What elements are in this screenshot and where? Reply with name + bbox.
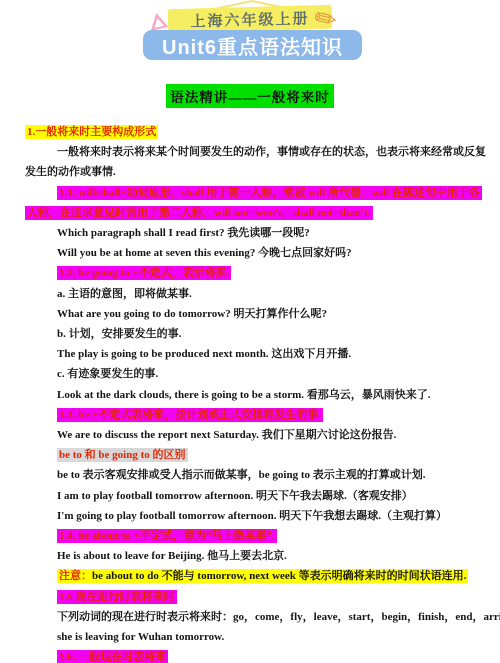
content-line-19: He is about to leave for Beijing. 他马上要去北… (25, 546, 487, 566)
content-line-10: c. 有迹象要发生的事. (25, 364, 487, 384)
content-area: 1.一般将来时主要构成形式一般将来时表示将来某个时间要发生的动作，事情或存在的状… (25, 122, 487, 663)
text-segment: she is leaving for Wuhan tomorrow. (57, 631, 224, 643)
content-line-3: Which paragraph shall I read first? 我先读哪… (25, 223, 487, 243)
grade-banner-label: 上海六年级上册 (190, 7, 310, 31)
title-banner-label: Unit6重点语法知识 (162, 31, 343, 60)
content-line-23: she is leaving for Wuhan tomorrow. (25, 627, 487, 647)
subtitle-highlight: 语法精讲——一般将来时 (166, 84, 334, 108)
content-line-21: 1.5 现在进行时表将来时 (25, 587, 487, 607)
text-segment: 注意： (57, 569, 92, 583)
text-segment: The play is going to be produced next mo… (57, 348, 351, 360)
content-line-6: a. 主语的意图，即将做某事. (25, 284, 487, 304)
text-segment: 1.1. will/shall+动词原形．shall 用于第一人称，常被 wil… (25, 186, 482, 220)
content-line-17: I'm going to play football tomorrow afte… (25, 506, 487, 526)
text-segment: 1.5 现在进行时表将来时 (57, 590, 177, 604)
grade-banner: 上海六年级上册 (168, 5, 333, 33)
content-line-24: 1.6. 一般现在时表将来 (25, 647, 487, 663)
text-segment: 下列动词的现在进行时表示将来时：go，come，fly，leave，start，… (57, 611, 500, 623)
content-line-20: 注意：be about to do 不能与 tomorrow, next wee… (25, 566, 487, 586)
content-line-8: b. 计划，安排要发生的事. (25, 324, 487, 344)
content-line-7: What are you going to do tomorrow? 明天打算作… (25, 304, 487, 324)
text-segment: Will you be at home at seven this evenin… (57, 247, 352, 259)
content-line-0: 1.一般将来时主要构成形式 (25, 122, 487, 142)
content-line-13: We are to discuss the report next Saturd… (25, 425, 487, 445)
content-line-9: The play is going to be produced next mo… (25, 344, 487, 364)
text-segment: He is about to leave for Beijing. 他马上要去北… (57, 550, 287, 562)
text-segment: What are you going to do tomorrow? 明天打算作… (57, 308, 327, 320)
content-line-22: 下列动词的现在进行时表示将来时：go，come，fly，leave，start，… (25, 607, 487, 627)
text-segment: I'm going to play football tomorrow afte… (57, 510, 447, 522)
content-line-5: 1.2. be going to +不定式，表示将来. (25, 263, 487, 283)
text-segment: 1.一般将来时主要构成形式 (25, 125, 158, 139)
text-segment: b. 计划，安排要发生的事. (57, 328, 181, 340)
text-segment: 1.2. be going to +不定式，表示将来. (57, 266, 231, 280)
text-segment: be about to do 不能与 tomorrow, next week 等… (92, 569, 468, 583)
text-segment: Which paragraph shall I read first? 我先读哪… (57, 227, 310, 239)
text-segment: 一般将来时表示将来某个时间要发生的动作，事情或存在的状态，也表示将来经常或反复发… (25, 146, 486, 178)
content-line-1: 一般将来时表示将来某个时间要发生的动作，事情或存在的状态，也表示将来经常或反复发… (25, 142, 487, 182)
text-segment: Look at the dark clouds, there is going … (57, 389, 431, 401)
text-segment: a. 主语的意图，即将做某事. (57, 288, 192, 300)
text-segment: be to 表示客观安排或受人指示而做某事，be going to 表示主观的打… (57, 469, 426, 481)
triangle-flag-icon (148, 11, 169, 30)
document-page: 上海六年级上册 ✏ Unit6重点语法知识 语法精讲——一般将来时 1.一般将来… (0, 0, 500, 663)
text-segment: 1.3. be +不定式表将来，按计划或正式安排将发生的事. (57, 408, 323, 422)
content-line-18: 1.4. be about to +不定式，意为“马上做某事”. (25, 526, 487, 546)
content-line-14: be to 和 be going to 的区别 (25, 445, 487, 465)
text-segment: 1.6. 一般现在时表将来 (57, 650, 168, 663)
text-segment: I am to play football tomorrow afternoon… (57, 490, 413, 502)
text-segment: 1.4. be about to +不定式，意为“马上做某事”. (57, 529, 277, 543)
content-line-4: Will you be at home at seven this evenin… (25, 243, 487, 263)
title-banner: Unit6重点语法知识 (143, 30, 362, 60)
content-line-2: 1.1. will/shall+动词原形．shall 用于第一人称，常被 wil… (25, 183, 487, 223)
text-segment: We are to discuss the report next Saturd… (57, 429, 396, 441)
subtitle-row: 语法精讲——一般将来时 (0, 84, 500, 108)
content-line-16: I am to play football tomorrow afternoon… (25, 486, 487, 506)
text-segment: be to 和 be going to 的区别 (57, 448, 188, 462)
content-line-12: 1.3. be +不定式表将来，按计划或正式安排将发生的事. (25, 405, 487, 425)
content-line-15: be to 表示客观安排或受人指示而做某事，be going to 表示主观的打… (25, 465, 487, 485)
content-line-11: Look at the dark clouds, there is going … (25, 385, 487, 405)
text-segment: c. 有迹象要发生的事. (57, 368, 158, 380)
